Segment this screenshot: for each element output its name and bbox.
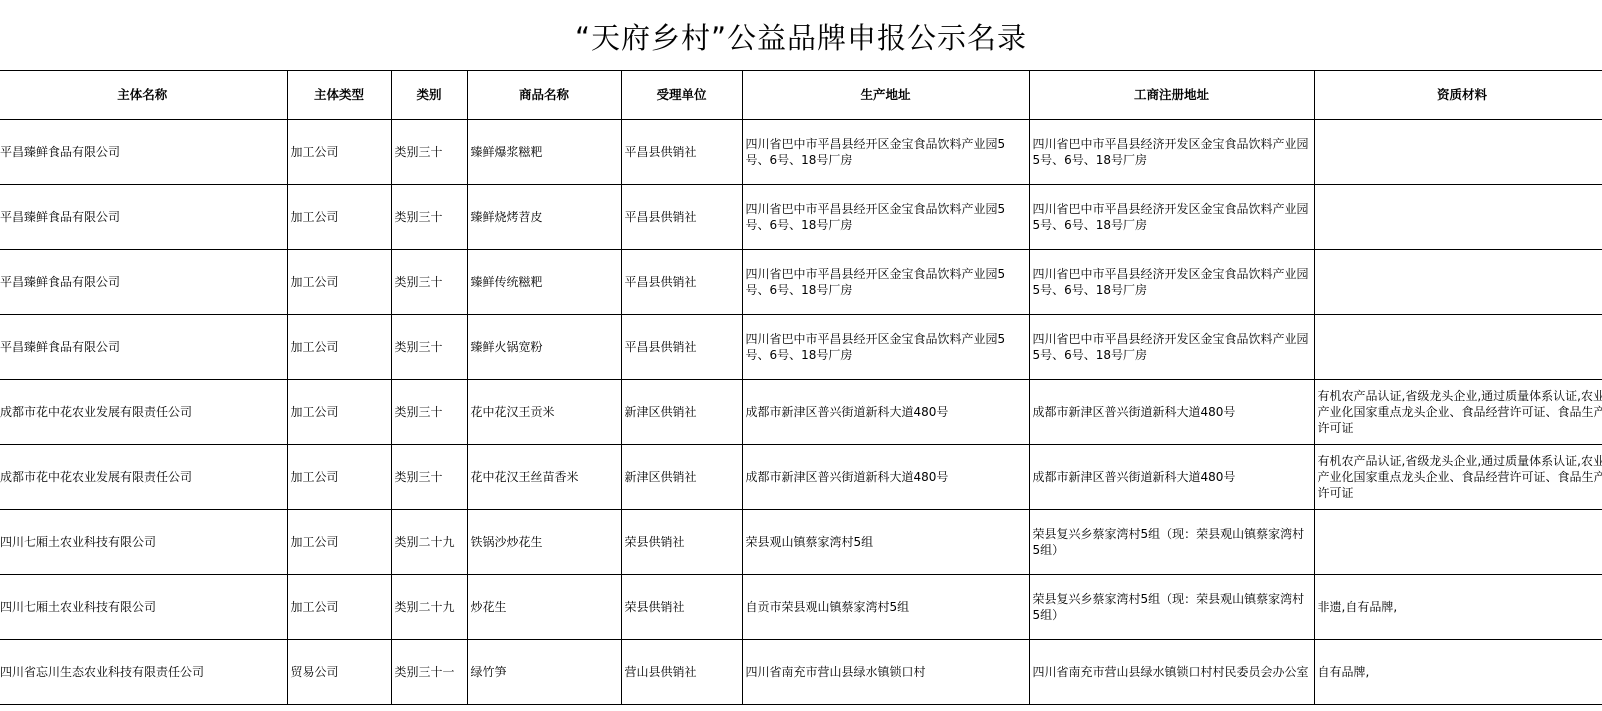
cell-category: 类别三十 <box>391 185 467 250</box>
cell-category: 类别三十 <box>391 380 467 445</box>
cell-production-address: 荣县观山镇蔡家湾村5组 <box>742 510 1029 575</box>
cell-qualifications: 有机农产品认证,省级龙头企业,通过质量体系认证,农业产业化国家重点龙头企业、食品… <box>1314 445 1602 510</box>
cell-accepting-unit: 平昌县供销社 <box>621 185 742 250</box>
cell-category: 类别三十 <box>391 315 467 380</box>
cell-entity-type: 加工公司 <box>287 575 391 640</box>
cell-accepting-unit: 新津区供销社 <box>621 445 742 510</box>
cell-accepting-unit: 荣县供销社 <box>621 510 742 575</box>
cell-production-address: 四川省巴中市平昌县经开区金宝食品饮料产业园5号、6号、18号厂房 <box>742 315 1029 380</box>
cell-qualifications <box>1314 120 1602 185</box>
cell-product-name: 臻鲜烧烤苕皮 <box>467 185 621 250</box>
cell-entity-type: 加工公司 <box>287 120 391 185</box>
cell-registered-address: 四川省巴中市平昌县经济开发区金宝食品饮料产业园5号、6号、18号厂房 <box>1029 185 1314 250</box>
page-title: “天府乡村”公益品牌申报公示名录 <box>0 16 1602 60</box>
table-row: 成都市花中花农业发展有限责任公司 加工公司 类别三十 花中花汉王丝苗香米 新津区… <box>0 445 1602 510</box>
cell-production-address: 四川省巴中市平昌县经开区金宝食品饮料产业园5号、6号、18号厂房 <box>742 185 1029 250</box>
table-row: 平昌臻鲜食品有限公司 加工公司 类别三十 臻鲜传统糍粑 平昌县供销社 四川省巴中… <box>0 250 1602 315</box>
header-qualifications: 资质材料 <box>1314 71 1602 120</box>
cell-accepting-unit: 平昌县供销社 <box>621 315 742 380</box>
cell-product-name: 臻鲜传统糍粑 <box>467 250 621 315</box>
cell-production-address: 成都市新津区普兴街道新科大道480号 <box>742 445 1029 510</box>
table-row: 四川省忘川生态农业科技有限责任公司 贸易公司 类别三十一 绿竹笋 营山县供销社 … <box>0 640 1602 705</box>
cell-category: 类别三十 <box>391 120 467 185</box>
cell-registered-address: 荣县复兴乡蔡家湾村5组（现：荣县观山镇蔡家湾村5组） <box>1029 575 1314 640</box>
header-category: 类别 <box>391 71 467 120</box>
cell-registered-address: 荣县复兴乡蔡家湾村5组（现：荣县观山镇蔡家湾村5组） <box>1029 510 1314 575</box>
cell-product-name: 炒花生 <box>467 575 621 640</box>
cell-entity-name: 四川省忘川生态农业科技有限责任公司 <box>0 640 287 705</box>
header-registered-address: 工商注册地址 <box>1029 71 1314 120</box>
cell-qualifications: 非遗,自有品牌, <box>1314 575 1602 640</box>
cell-entity-type: 加工公司 <box>287 250 391 315</box>
cell-accepting-unit: 平昌县供销社 <box>621 250 742 315</box>
cell-category: 类别三十 <box>391 445 467 510</box>
cell-category: 类别二十九 <box>391 510 467 575</box>
cell-product-name: 铁锅沙炒花生 <box>467 510 621 575</box>
cell-registered-address: 成都市新津区普兴街道新科大道480号 <box>1029 445 1314 510</box>
table-row: 平昌臻鲜食品有限公司 加工公司 类别三十 臻鲜火锅宽粉 平昌县供销社 四川省巴中… <box>0 315 1602 380</box>
cell-qualifications <box>1314 315 1602 380</box>
cell-registered-address: 四川省巴中市平昌县经济开发区金宝食品饮料产业园5号、6号、18号厂房 <box>1029 250 1314 315</box>
cell-production-address: 四川省南充市营山县绿水镇锁口村 <box>742 640 1029 705</box>
cell-accepting-unit: 荣县供销社 <box>621 575 742 640</box>
cell-entity-name: 平昌臻鲜食品有限公司 <box>0 250 287 315</box>
cell-entity-type: 加工公司 <box>287 510 391 575</box>
cell-production-address: 成都市新津区普兴街道新科大道480号 <box>742 380 1029 445</box>
table-row: 平昌臻鲜食品有限公司 加工公司 类别三十 臻鲜烧烤苕皮 平昌县供销社 四川省巴中… <box>0 185 1602 250</box>
cell-entity-name: 平昌臻鲜食品有限公司 <box>0 315 287 380</box>
cell-entity-type: 贸易公司 <box>287 640 391 705</box>
cell-entity-name: 平昌臻鲜食品有限公司 <box>0 185 287 250</box>
header-entity-name: 主体名称 <box>0 71 287 120</box>
cell-category: 类别三十 <box>391 250 467 315</box>
brand-list-table: 主体名称 主体类型 类别 商品名称 受理单位 生产地址 工商注册地址 资质材料 … <box>0 70 1602 705</box>
header-production-address: 生产地址 <box>742 71 1029 120</box>
cell-product-name: 花中花汉王丝苗香米 <box>467 445 621 510</box>
cell-qualifications <box>1314 185 1602 250</box>
cell-entity-name: 成都市花中花农业发展有限责任公司 <box>0 445 287 510</box>
cell-qualifications <box>1314 250 1602 315</box>
cell-category: 类别二十九 <box>391 575 467 640</box>
cell-registered-address: 四川省巴中市平昌县经济开发区金宝食品饮料产业园5号、6号、18号厂房 <box>1029 120 1314 185</box>
cell-qualifications: 自有品牌, <box>1314 640 1602 705</box>
table-row: 成都市花中花农业发展有限责任公司 加工公司 类别三十 花中花汉王贡米 新津区供销… <box>0 380 1602 445</box>
cell-entity-name: 四川七厢土农业科技有限公司 <box>0 510 287 575</box>
cell-accepting-unit: 新津区供销社 <box>621 380 742 445</box>
cell-qualifications <box>1314 510 1602 575</box>
cell-accepting-unit: 营山县供销社 <box>621 640 742 705</box>
header-product-name: 商品名称 <box>467 71 621 120</box>
cell-entity-type: 加工公司 <box>287 445 391 510</box>
table-row: 平昌臻鲜食品有限公司 加工公司 类别三十 臻鲜爆浆糍粑 平昌县供销社 四川省巴中… <box>0 120 1602 185</box>
cell-entity-name: 四川七厢土农业科技有限公司 <box>0 575 287 640</box>
cell-qualifications: 有机农产品认证,省级龙头企业,通过质量体系认证,农业产业化国家重点龙头企业、食品… <box>1314 380 1602 445</box>
table-row: 四川七厢土农业科技有限公司 加工公司 类别二十九 炒花生 荣县供销社 自贡市荣县… <box>0 575 1602 640</box>
cell-registered-address: 四川省南充市营山县绿水镇锁口村村民委员会办公室 <box>1029 640 1314 705</box>
cell-entity-name: 平昌臻鲜食品有限公司 <box>0 120 287 185</box>
cell-entity-type: 加工公司 <box>287 380 391 445</box>
cell-product-name: 臻鲜火锅宽粉 <box>467 315 621 380</box>
cell-category: 类别三十一 <box>391 640 467 705</box>
cell-accepting-unit: 平昌县供销社 <box>621 120 742 185</box>
cell-registered-address: 成都市新津区普兴街道新科大道480号 <box>1029 380 1314 445</box>
cell-entity-name: 成都市花中花农业发展有限责任公司 <box>0 380 287 445</box>
cell-product-name: 绿竹笋 <box>467 640 621 705</box>
cell-product-name: 臻鲜爆浆糍粑 <box>467 120 621 185</box>
cell-entity-type: 加工公司 <box>287 185 391 250</box>
cell-production-address: 四川省巴中市平昌县经开区金宝食品饮料产业园5号、6号、18号厂房 <box>742 250 1029 315</box>
cell-production-address: 自贡市荣县观山镇蔡家湾村5组 <box>742 575 1029 640</box>
table-row: 四川七厢土农业科技有限公司 加工公司 类别二十九 铁锅沙炒花生 荣县供销社 荣县… <box>0 510 1602 575</box>
header-entity-type: 主体类型 <box>287 71 391 120</box>
cell-product-name: 花中花汉王贡米 <box>467 380 621 445</box>
cell-registered-address: 四川省巴中市平昌县经济开发区金宝食品饮料产业园5号、6号、18号厂房 <box>1029 315 1314 380</box>
cell-production-address: 四川省巴中市平昌县经开区金宝食品饮料产业园5号、6号、18号厂房 <box>742 120 1029 185</box>
header-accepting-unit: 受理单位 <box>621 71 742 120</box>
cell-entity-type: 加工公司 <box>287 315 391 380</box>
table-header-row: 主体名称 主体类型 类别 商品名称 受理单位 生产地址 工商注册地址 资质材料 <box>0 71 1602 120</box>
